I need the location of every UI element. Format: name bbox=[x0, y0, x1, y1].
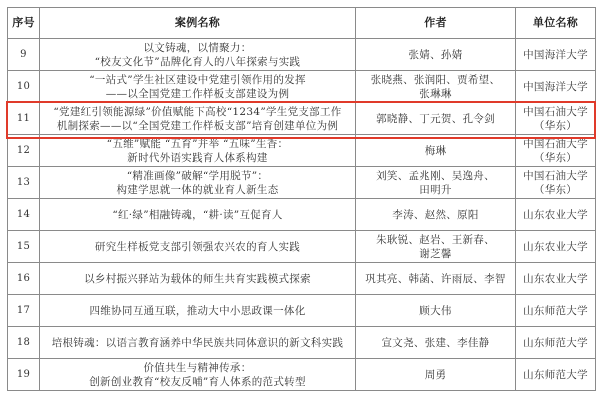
unit-line: （华东） bbox=[518, 119, 593, 133]
cell-author: 巩其亮、韩菡、许雨辰、李智 bbox=[356, 263, 516, 295]
header-no: 序号 bbox=[8, 8, 40, 39]
cell-title: 四维协同互通互联，推动大中小思政课一体化 bbox=[40, 295, 356, 327]
cell-no: 14 bbox=[8, 199, 40, 231]
cell-author: 张婧、孙婧 bbox=[356, 39, 516, 71]
cell-unit: 山东师范大学 bbox=[516, 295, 596, 327]
cell-unit: 山东农业大学 bbox=[516, 199, 596, 231]
author-line: 顾大伟 bbox=[358, 304, 513, 318]
table-row: 17 四维协同互通互联，推动大中小思政课一体化 顾大伟 山东师范大学 bbox=[8, 295, 596, 327]
cell-title: “五维”赋能 “五育”并举 “五味”生香：新时代外语实践育人体系构建 bbox=[40, 135, 356, 167]
table-row: 16 以乡村振兴驿站为载体的师生共育实践模式探索 巩其亮、韩菡、许雨辰、李智 山… bbox=[8, 263, 596, 295]
cell-no: 18 bbox=[8, 327, 40, 359]
cell-no: 10 bbox=[8, 71, 40, 103]
cell-no: 12 bbox=[8, 135, 40, 167]
cell-unit: 山东师范大学 bbox=[516, 359, 596, 391]
unit-line: 山东农业大学 bbox=[518, 208, 593, 222]
cell-author: 梅琳 bbox=[356, 135, 516, 167]
cell-no: 11 bbox=[8, 103, 40, 135]
title-line: “校友文化节”品牌化育人的八年探索与实践 bbox=[42, 55, 353, 69]
cell-author: 朱耿锐、赵岩、王新春、谢芝馨 bbox=[356, 231, 516, 263]
cell-author: 顾大伟 bbox=[356, 295, 516, 327]
author-line: 张婧、孙婧 bbox=[358, 48, 513, 62]
cell-no: 19 bbox=[8, 359, 40, 391]
header-title: 案例名称 bbox=[40, 8, 356, 39]
author-line: 朱耿锐、赵岩、王新春、 bbox=[358, 233, 513, 247]
title-line: “红·绿”相融铸魂，“耕·读”互促育人 bbox=[42, 208, 353, 222]
unit-line: 中国石油大学 bbox=[518, 169, 593, 183]
author-line: 田明升 bbox=[358, 183, 513, 197]
cell-unit: 中国海洋大学 bbox=[516, 39, 596, 71]
cell-title: 价值共生与精神传承：创新创业教育“校友反哺”育人体系的范式转型 bbox=[40, 359, 356, 391]
author-line: 巩其亮、韩菡、许雨辰、李智 bbox=[358, 272, 513, 286]
unit-line: 山东师范大学 bbox=[518, 336, 593, 350]
cell-unit: 中国石油大学（华东） bbox=[516, 103, 596, 135]
table-row: 12 “五维”赋能 “五育”并举 “五味”生香：新时代外语实践育人体系构建 梅琳… bbox=[8, 135, 596, 167]
table-body: 9 以文铸魂，以情聚力：“校友文化节”品牌化育人的八年探索与实践 张婧、孙婧 中… bbox=[8, 39, 596, 391]
table-row: 18 培根铸魂：以语言教育涵养中华民族共同体意识的新文科实践 宣文尧、张建、李佳… bbox=[8, 327, 596, 359]
unit-line: （华东） bbox=[518, 151, 593, 165]
title-line: “精准画像”破解“学用脱节”： bbox=[42, 169, 353, 183]
cell-title: 研究生样板党支部引领强农兴农的育人实践 bbox=[40, 231, 356, 263]
title-line: 研究生样板党支部引领强农兴农的育人实践 bbox=[42, 240, 353, 254]
table-row: 15 研究生样板党支部引领强农兴农的育人实践 朱耿锐、赵岩、王新春、谢芝馨 山东… bbox=[8, 231, 596, 263]
title-line: 创新创业教育“校友反哺”育人体系的范式转型 bbox=[42, 375, 353, 389]
author-line: 谢芝馨 bbox=[358, 247, 513, 261]
author-line: 张晓燕、张润阳、贾希望、 bbox=[358, 73, 513, 87]
case-list-table: 序号 案例名称 作者 单位名称 9 以文铸魂，以情聚力：“校友文化节”品牌化育人… bbox=[7, 7, 596, 391]
cell-title: 以乡村振兴驿站为载体的师生共育实践模式探索 bbox=[40, 263, 356, 295]
title-line: 机制探索——以“全国党建工作样板支部”培育创建单位为例 bbox=[42, 119, 353, 133]
cell-author: 宣文尧、张建、李佳静 bbox=[356, 327, 516, 359]
title-line: 新时代外语实践育人体系构建 bbox=[42, 151, 353, 165]
cell-no: 15 bbox=[8, 231, 40, 263]
cell-no: 13 bbox=[8, 167, 40, 199]
cell-unit: 中国石油大学（华东） bbox=[516, 167, 596, 199]
cell-author: 郭晓静、丁元贺、孔令剑 bbox=[356, 103, 516, 135]
author-line: 张琳琳 bbox=[358, 87, 513, 101]
cell-title: 培根铸魂：以语言教育涵养中华民族共同体意识的新文科实践 bbox=[40, 327, 356, 359]
cell-no: 16 bbox=[8, 263, 40, 295]
cell-no: 17 bbox=[8, 295, 40, 327]
table-row: 19 价值共生与精神传承：创新创业教育“校友反哺”育人体系的范式转型 周勇 山东… bbox=[8, 359, 596, 391]
unit-line: 中国石油大学 bbox=[518, 137, 593, 151]
table-row: 14 “红·绿”相融铸魂，“耕·读”互促育人 李涛、赵然、原阳 山东农业大学 bbox=[8, 199, 596, 231]
cell-unit: 中国石油大学（华东） bbox=[516, 135, 596, 167]
author-line: 梅琳 bbox=[358, 144, 513, 158]
unit-line: 山东农业大学 bbox=[518, 272, 593, 286]
cell-author: 李涛、赵然、原阳 bbox=[356, 199, 516, 231]
author-line: 周勇 bbox=[358, 368, 513, 382]
table-row-highlighted: 11 “党建红引领能源绿”价值赋能下高校“1234”学生党支部工作机制探索——以… bbox=[8, 103, 596, 135]
cell-no: 9 bbox=[8, 39, 40, 71]
title-line: “党建红引领能源绿”价值赋能下高校“1234”学生党支部工作 bbox=[42, 105, 353, 119]
title-line: 四维协同互通互联，推动大中小思政课一体化 bbox=[42, 304, 353, 318]
author-line: 郭晓静、丁元贺、孔令剑 bbox=[358, 112, 513, 126]
author-line: 刘笑、孟兆刚、吴逸舟、 bbox=[358, 169, 513, 183]
header-unit: 单位名称 bbox=[516, 8, 596, 39]
title-line: ——以全国党建工作样板支部建设为例 bbox=[42, 87, 353, 101]
unit-line: 山东师范大学 bbox=[518, 304, 593, 318]
title-line: 构建学思就一体的就业育人新生态 bbox=[42, 183, 353, 197]
cell-author: 周勇 bbox=[356, 359, 516, 391]
title-line: 以乡村振兴驿站为载体的师生共育实践模式探索 bbox=[42, 272, 353, 286]
header-author: 作者 bbox=[356, 8, 516, 39]
table-row: 10 “一站式”学生社区建设中党建引领作用的发挥——以全国党建工作样板支部建设为… bbox=[8, 71, 596, 103]
unit-line: 中国海洋大学 bbox=[518, 80, 593, 94]
table-row: 13 “精准画像”破解“学用脱节”：构建学思就一体的就业育人新生态 刘笑、孟兆刚… bbox=[8, 167, 596, 199]
cell-title: “一站式”学生社区建设中党建引领作用的发挥——以全国党建工作样板支部建设为例 bbox=[40, 71, 356, 103]
cell-title: “精准画像”破解“学用脱节”：构建学思就一体的就业育人新生态 bbox=[40, 167, 356, 199]
cell-unit: 中国海洋大学 bbox=[516, 71, 596, 103]
unit-line: 山东师范大学 bbox=[518, 368, 593, 382]
cell-title: “红·绿”相融铸魂，“耕·读”互促育人 bbox=[40, 199, 356, 231]
table-header: 序号 案例名称 作者 单位名称 bbox=[8, 8, 596, 39]
title-line: 以文铸魂，以情聚力： bbox=[42, 41, 353, 55]
cell-author: 张晓燕、张润阳、贾希望、张琳琳 bbox=[356, 71, 516, 103]
author-line: 宣文尧、张建、李佳静 bbox=[358, 336, 513, 350]
unit-line: 中国海洋大学 bbox=[518, 48, 593, 62]
unit-line: （华东） bbox=[518, 183, 593, 197]
table-row: 9 以文铸魂，以情聚力：“校友文化节”品牌化育人的八年探索与实践 张婧、孙婧 中… bbox=[8, 39, 596, 71]
unit-line: 山东农业大学 bbox=[518, 240, 593, 254]
cell-title: “党建红引领能源绿”价值赋能下高校“1234”学生党支部工作机制探索——以“全国… bbox=[40, 103, 356, 135]
author-line: 李涛、赵然、原阳 bbox=[358, 208, 513, 222]
title-line: 价值共生与精神传承： bbox=[42, 361, 353, 375]
title-line: “一站式”学生社区建设中党建引领作用的发挥 bbox=[42, 73, 353, 87]
cell-unit: 山东师范大学 bbox=[516, 327, 596, 359]
cell-unit: 山东农业大学 bbox=[516, 263, 596, 295]
unit-line: 中国石油大学 bbox=[518, 105, 593, 119]
cell-unit: 山东农业大学 bbox=[516, 231, 596, 263]
cell-title: 以文铸魂，以情聚力：“校友文化节”品牌化育人的八年探索与实践 bbox=[40, 39, 356, 71]
title-line: “五维”赋能 “五育”并举 “五味”生香： bbox=[42, 137, 353, 151]
header-row: 序号 案例名称 作者 单位名称 bbox=[8, 8, 596, 39]
title-line: 培根铸魂：以语言教育涵养中华民族共同体意识的新文科实践 bbox=[42, 336, 353, 350]
cell-author: 刘笑、孟兆刚、吴逸舟、田明升 bbox=[356, 167, 516, 199]
